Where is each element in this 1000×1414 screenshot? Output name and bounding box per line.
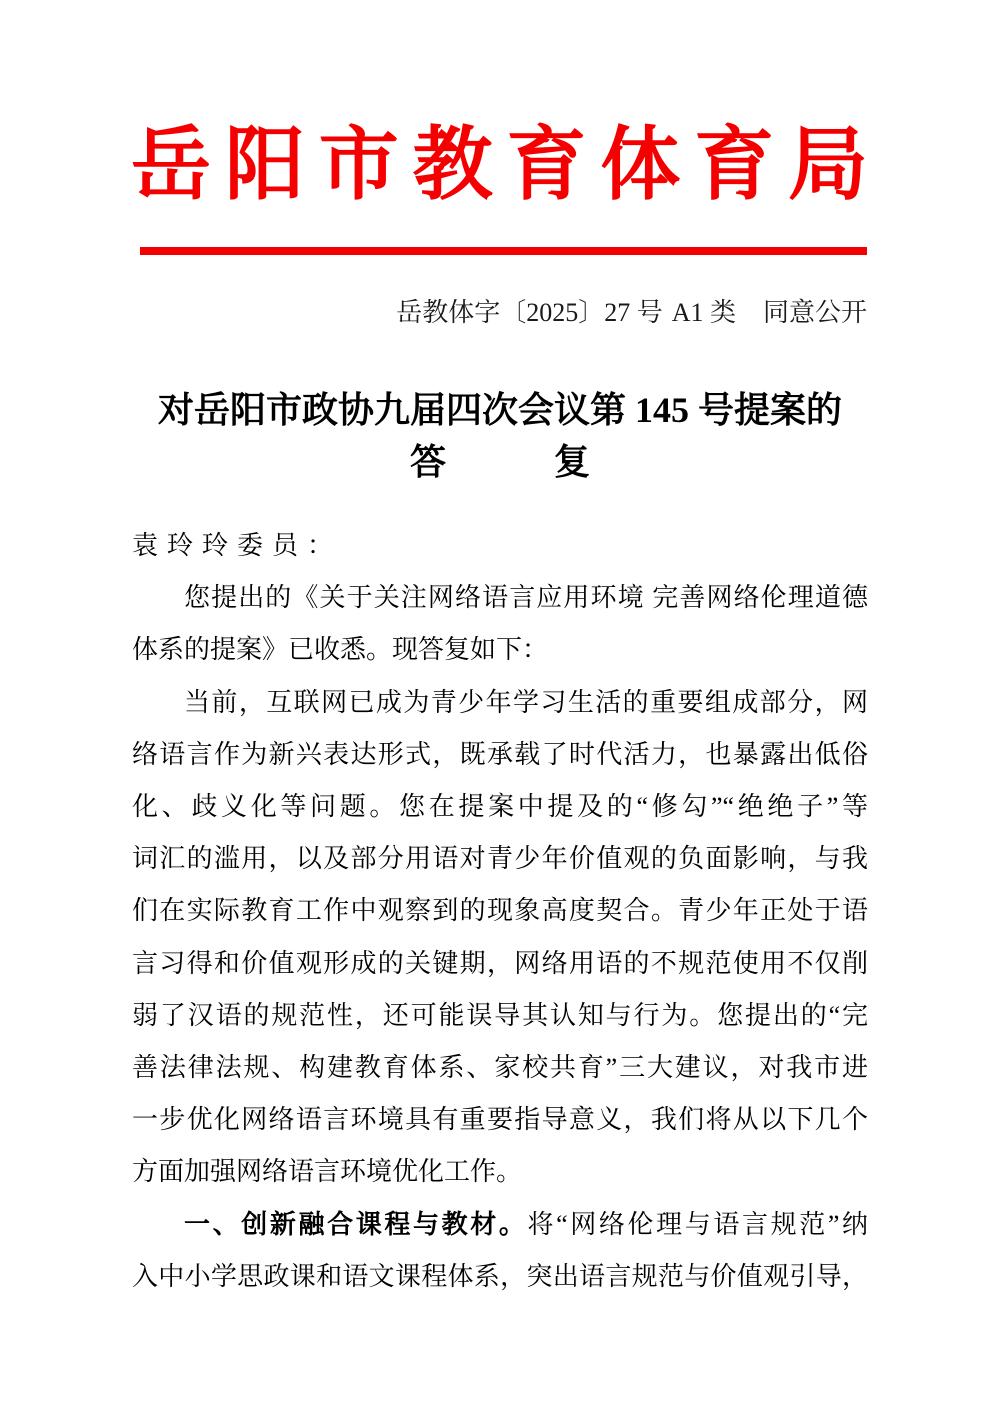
body-text: 化、歧义化等问题。您在提案中提及的“修勾”“绝绝子”等 xyxy=(132,792,868,821)
body-line: 词汇的滥用，以及部分用语对青少年价值观的负面影响，与我 xyxy=(132,833,868,885)
body-line: 入中小学思政课和语文课程体系，突出语言规范与价值观引导， xyxy=(132,1251,868,1303)
body-line: 方面加强网络语言环境优化工作。 xyxy=(132,1146,868,1198)
body-text: 善法律法规、构建教育体系、家校共育”三大建议，对我市进 xyxy=(132,1053,868,1082)
body-text: 将“网络伦理与语言规范”纳 xyxy=(527,1210,868,1239)
body-line: 络语言作为新兴表达形式，既承载了时代活力，也暴露出低俗 xyxy=(132,729,868,781)
document-title-line1: 对岳阳市政协九届四次会议第 145 号提案的 xyxy=(0,384,1000,436)
body-text: 一步优化网络语言环境具有重要指导意义，我们将从以下几个 xyxy=(132,1105,868,1134)
body-text: 入中小学思政课和语文课程体系，突出语言规范与价值观引导， xyxy=(132,1262,868,1291)
letterhead-divider-rule xyxy=(140,247,867,255)
body-text: 您提出的《关于关注网络语言应用环境 完善网络伦理道德 xyxy=(184,583,868,612)
body-text: 言习得和价值观形成的关键期，网络用语的不规范使用不仅削 xyxy=(132,949,868,978)
doc-number: 岳教体字〔2025〕27 号 xyxy=(396,298,663,327)
doc-disclosure-status: 同意公开 xyxy=(763,298,867,327)
body-line: 您提出的《关于关注网络语言应用环境 完善网络伦理道德 xyxy=(132,572,868,624)
body-line: 言习得和价值观形成的关键期，网络用语的不规范使用不仅削 xyxy=(132,938,868,990)
body-line: 一步优化网络语言环境具有重要指导意义，我们将从以下几个 xyxy=(132,1094,868,1146)
salutation: 袁玲玲委员： xyxy=(132,520,868,572)
document-page: 岳阳市教育体育局 岳教体字〔2025〕27 号A1 类同意公开 对岳阳市政协九届… xyxy=(0,0,1000,1414)
body-line: 们在实际教育工作中观察到的现象高度契合。青少年正处于语 xyxy=(132,885,868,937)
body-line: 化、歧义化等问题。您在提案中提及的“修勾”“绝绝子”等 xyxy=(132,781,868,833)
doc-category: A1 类 xyxy=(672,298,736,327)
body-text: 当前，互联网已成为青少年学习生活的重要组成部分，网 xyxy=(184,688,868,717)
body-line: 善法律法规、构建教育体系、家校共育”三大建议，对我市进 xyxy=(132,1042,868,1094)
body-text: 体系的提案》已收悉。现答复如下： xyxy=(132,635,548,664)
body-text: 方面加强网络语言环境优化工作。 xyxy=(132,1157,522,1186)
body-lines: 您提出的《关于关注网络语言应用环境 完善网络伦理道德体系的提案》已收悉。现答复如… xyxy=(132,572,868,1303)
body-text: 弱了汉语的规范性，还可能误导其认知与行为。您提出的“完 xyxy=(132,1001,868,1030)
body-text: 词汇的滥用，以及部分用语对青少年价值观的负面影响，与我 xyxy=(132,844,868,873)
body-line: 当前，互联网已成为青少年学习生活的重要组成部分，网 xyxy=(132,677,868,729)
body-text: 络语言作为新兴表达形式，既承载了时代活力，也暴露出低俗 xyxy=(132,740,868,769)
document-body: 袁玲玲委员： 您提出的《关于关注网络语言应用环境 完善网络伦理道德体系的提案》已… xyxy=(132,520,868,1303)
section-heading: 一、创新融合课程与教材。 xyxy=(184,1209,527,1239)
body-line: 一、创新融合课程与教材。将“网络伦理与语言规范”纳 xyxy=(132,1198,868,1250)
body-line: 体系的提案》已收悉。现答复如下： xyxy=(132,624,868,676)
document-title-line2: 答 复 xyxy=(0,436,1000,488)
document-title: 对岳阳市政协九届四次会议第 145 号提案的 答 复 xyxy=(0,384,1000,488)
body-text: 们在实际教育工作中观察到的现象高度契合。青少年正处于语 xyxy=(132,896,868,925)
body-line: 弱了汉语的规范性，还可能误导其认知与行为。您提出的“完 xyxy=(132,990,868,1042)
doc-reference-line: 岳教体字〔2025〕27 号A1 类同意公开 xyxy=(396,296,867,330)
letterhead-agency-name: 岳阳市教育体育局 xyxy=(131,122,868,210)
